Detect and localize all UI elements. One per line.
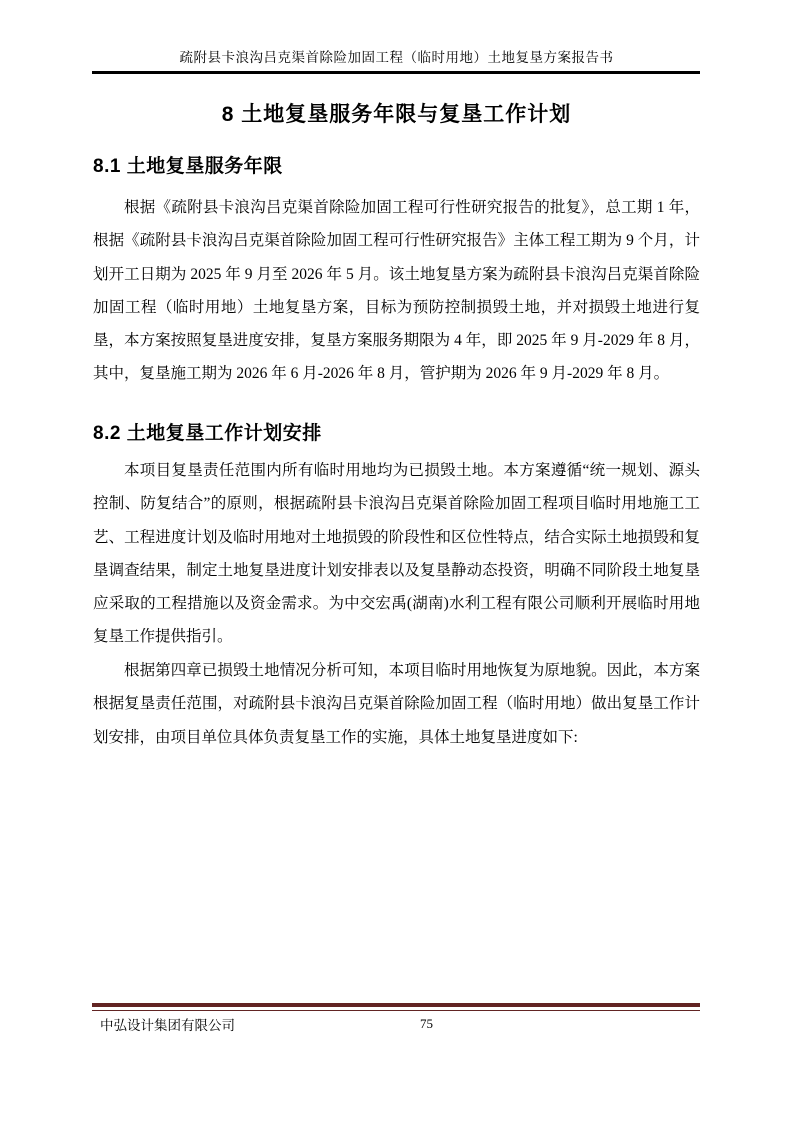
running-header-title: 疏附县卡浪沟吕克渠首除险加固工程（临时用地）土地复垦方案报告书: [93, 46, 700, 66]
chapter-title: 8 土地复垦服务年限与复垦工作计划: [93, 98, 700, 128]
header-rule: [92, 71, 700, 74]
section-8-2-paragraph-2: 根据第四章已损毁土地情况分析可知，本项目临时用地恢复为原地貌。因此，本方案根据复…: [93, 654, 700, 754]
page-number: 75: [420, 1016, 433, 1032]
footer-rule-thick: [92, 1003, 700, 1007]
section-8-1-paragraph: 根据《疏附县卡浪沟吕克渠首除险加固工程可行性研究报告的批复》，总工期 1 年，根…: [93, 191, 700, 391]
document-page: 疏附县卡浪沟吕克渠首除险加固工程（临时用地）土地复垦方案报告书 8 土地复垦服务…: [0, 0, 793, 1122]
section-8-2-heading: 8.2 土地复垦工作计划安排: [93, 418, 700, 445]
section-8-1-heading: 8.1 土地复垦服务年限: [93, 151, 700, 178]
footer-rule-thin: [92, 1010, 700, 1011]
footer-company-name: 中弘设计集团有限公司: [100, 1014, 235, 1034]
section-8-2-paragraph-1: 本项目复垦责任范围内所有临时用地均为已损毁土地。本方案遵循“统一规划、源头控制、…: [93, 454, 700, 654]
